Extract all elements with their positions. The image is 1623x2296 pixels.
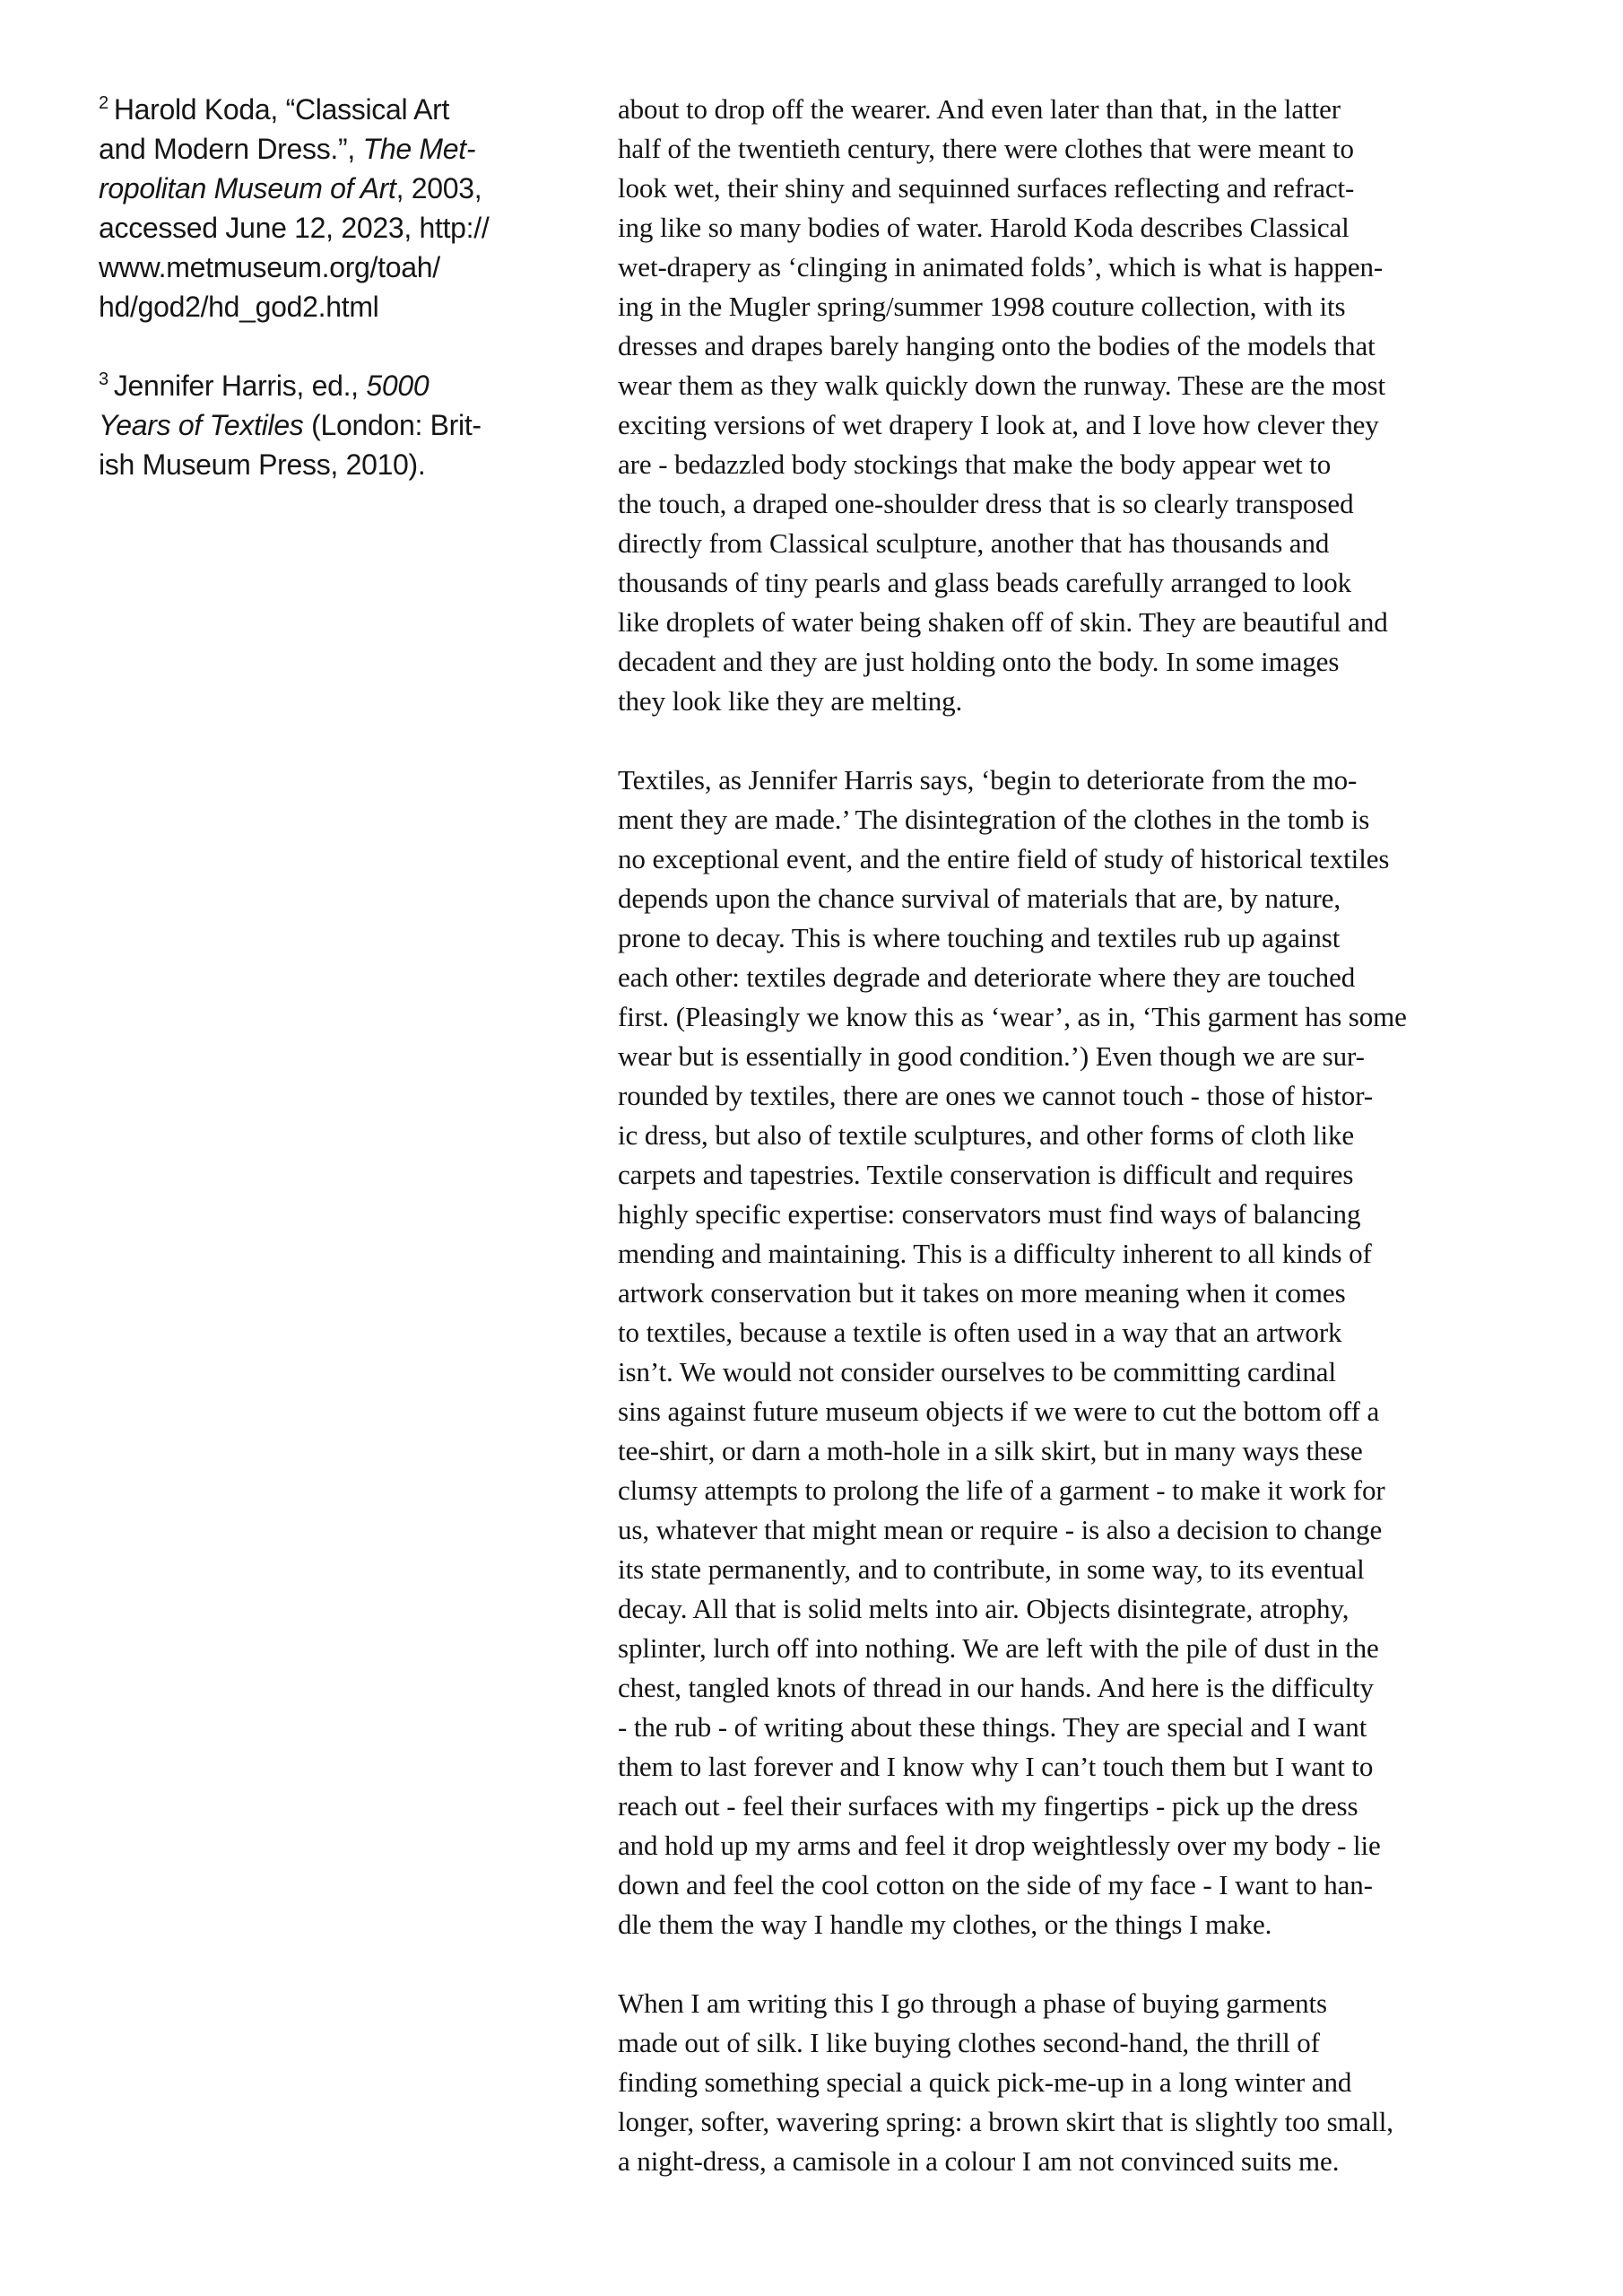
footnote-2: 2Harold Koda, “Classical Artand Modern D…: [99, 90, 565, 326]
body-text-line: half of the twentieth century, there wer…: [618, 129, 1541, 169]
body-text-line: are - bedazzled body stockings that make…: [618, 445, 1541, 484]
body-text-line: us, whatever that might mean or require …: [618, 1510, 1541, 1550]
body-text-line: decadent and they are just holding onto …: [618, 642, 1541, 682]
footnote-column: 2Harold Koda, “Classical Artand Modern D…: [99, 90, 565, 524]
body-text-line: directly from Classical sculpture, anoth…: [618, 524, 1541, 563]
body-text-line: a night-dress, a camisole in a colour I …: [618, 2142, 1541, 2181]
body-text-line: dle them the way I handle my clothes, or…: [618, 1905, 1541, 1944]
footnote-line: ropolitan Museum of Art, 2003,: [99, 169, 565, 208]
body-text-line: isn’t. We would not consider ourselves t…: [618, 1352, 1541, 1392]
body-text-line: wear them as they walk quickly down the …: [618, 366, 1541, 405]
body-text-line: rounded by textiles, there are ones we c…: [618, 1076, 1541, 1116]
footnote-line: ish Museum Press, 2010).: [99, 445, 565, 484]
footnote-italic-segment: 5000: [366, 370, 429, 402]
body-text-line: Textiles, as Jennifer Harris says, ‘begi…: [618, 761, 1541, 800]
footnote-text-segment: www.metmuseum.org/toah/: [99, 251, 440, 283]
footnote-italic-segment: The Met-: [363, 133, 476, 165]
body-text-line: tee-shirt, or darn a moth-hole in a silk…: [618, 1431, 1541, 1471]
body-text-line: to textiles, because a textile is often …: [618, 1313, 1541, 1352]
body-text-line: they look like they are melting.: [618, 682, 1541, 721]
footnote-marker: 2: [99, 93, 108, 113]
footnote-marker: 3: [99, 370, 108, 389]
body-text-line: first. (Pleasingly we know this as ‘wear…: [618, 997, 1541, 1037]
body-paragraph-2: Textiles, as Jennifer Harris says, ‘begi…: [618, 761, 1541, 1944]
body-text-line: ic dress, but also of textile sculptures…: [618, 1116, 1541, 1155]
footnote-line: 3Jennifer Harris, ed., 5000: [99, 366, 565, 405]
body-text-line: decay. All that is solid melts into air.…: [618, 1589, 1541, 1629]
footnote-text-segment: , 2003,: [396, 172, 482, 204]
footnote-3: 3Jennifer Harris, ed., 5000Years of Text…: [99, 366, 565, 484]
footnote-line: hd/god2/hd_god2.html: [99, 287, 565, 326]
body-text-line: highly specific expertise: conservators …: [618, 1195, 1541, 1234]
body-text-line: longer, softer, wavering spring: a brown…: [618, 2102, 1541, 2142]
footnote-line: accessed June 12, 2023, http://: [99, 208, 565, 248]
body-text-line: look wet, their shiny and sequinned surf…: [618, 169, 1541, 208]
body-text-line: ment they are made.’ The disintegration …: [618, 800, 1541, 839]
footnote-text-segment: accessed June 12, 2023, http://: [99, 212, 489, 244]
body-text-line: thousands of tiny pearls and glass beads…: [618, 563, 1541, 603]
footnote-text-segment: hd/god2/hd_god2.html: [99, 291, 379, 323]
footnote-line: and Modern Dress.”, The Met-: [99, 129, 565, 169]
body-text-line: each other: textiles degrade and deterio…: [618, 958, 1541, 997]
body-text-line: them to last forever and I know why I ca…: [618, 1747, 1541, 1787]
footnote-text-segment: Harold Koda, “Classical Art: [114, 93, 449, 126]
footnote-text-segment: and Modern Dress.”,: [99, 133, 363, 165]
body-text-line: made out of silk. I like buying clothes …: [618, 2023, 1541, 2063]
body-text-line: clumsy attempts to prolong the life of a…: [618, 1471, 1541, 1510]
page: 2Harold Koda, “Classical Artand Modern D…: [0, 0, 1623, 2296]
body-text-line: its state permanently, and to contribute…: [618, 1550, 1541, 1589]
footnote-italic-segment: ropolitan Museum of Art: [99, 172, 396, 204]
body-paragraph-1: about to drop off the wearer. And even l…: [618, 90, 1541, 721]
body-text-line: down and feel the cool cotton on the sid…: [618, 1865, 1541, 1905]
body-text-line: - the rub - of writing about these thing…: [618, 1708, 1541, 1747]
body-text-line: carpets and tapestries. Textile conserva…: [618, 1155, 1541, 1195]
body-text-line: ing like so many bodies of water. Harold…: [618, 208, 1541, 248]
body-text-line: sins against future museum objects if we…: [618, 1392, 1541, 1431]
body-text-line: reach out - feel their surfaces with my …: [618, 1787, 1541, 1826]
footnote-italic-segment: Years of Textiles: [99, 409, 304, 441]
body-text-line: exciting versions of wet drapery I look …: [618, 405, 1541, 445]
body-text-line: and hold up my arms and feel it drop wei…: [618, 1826, 1541, 1865]
body-text-line: the touch, a draped one-shoulder dress t…: [618, 484, 1541, 524]
footnote-line: www.metmuseum.org/toah/: [99, 248, 565, 287]
body-text-line: dresses and drapes barely hanging onto t…: [618, 326, 1541, 366]
body-text-line: artwork conservation but it takes on mor…: [618, 1274, 1541, 1313]
body-text-line: finding something special a quick pick-m…: [618, 2063, 1541, 2102]
footnote-line: 2Harold Koda, “Classical Art: [99, 90, 565, 129]
body-text-line: depends upon the chance survival of mate…: [618, 879, 1541, 918]
footnote-text-segment: Jennifer Harris, ed.,: [114, 370, 367, 402]
body-text-column: about to drop off the wearer. And even l…: [618, 90, 1541, 2221]
body-text-line: about to drop off the wearer. And even l…: [618, 90, 1541, 129]
body-text-line: splinter, lurch off into nothing. We are…: [618, 1629, 1541, 1668]
body-text-line: no exceptional event, and the entire fie…: [618, 839, 1541, 879]
body-paragraph-3: When I am writing this I go through a ph…: [618, 1984, 1541, 2181]
footnote-line: Years of Textiles (London: Brit-: [99, 405, 565, 445]
body-text-line: chest, tangled knots of thread in our ha…: [618, 1668, 1541, 1708]
footnote-text-segment: (London: Brit-: [304, 409, 482, 441]
body-text-line: wear but is essentially in good conditio…: [618, 1037, 1541, 1076]
body-text-line: ing in the Mugler spring/summer 1998 cou…: [618, 287, 1541, 326]
footnote-text-segment: ish Museum Press, 2010).: [99, 448, 426, 481]
body-text-line: When I am writing this I go through a ph…: [618, 1984, 1541, 2023]
body-text-line: like droplets of water being shaken off …: [618, 603, 1541, 642]
body-text-line: mending and maintaining. This is a diffi…: [618, 1234, 1541, 1274]
body-text-line: prone to decay. This is where touching a…: [618, 918, 1541, 958]
body-text-line: wet-drapery as ‘clinging in animated fol…: [618, 248, 1541, 287]
